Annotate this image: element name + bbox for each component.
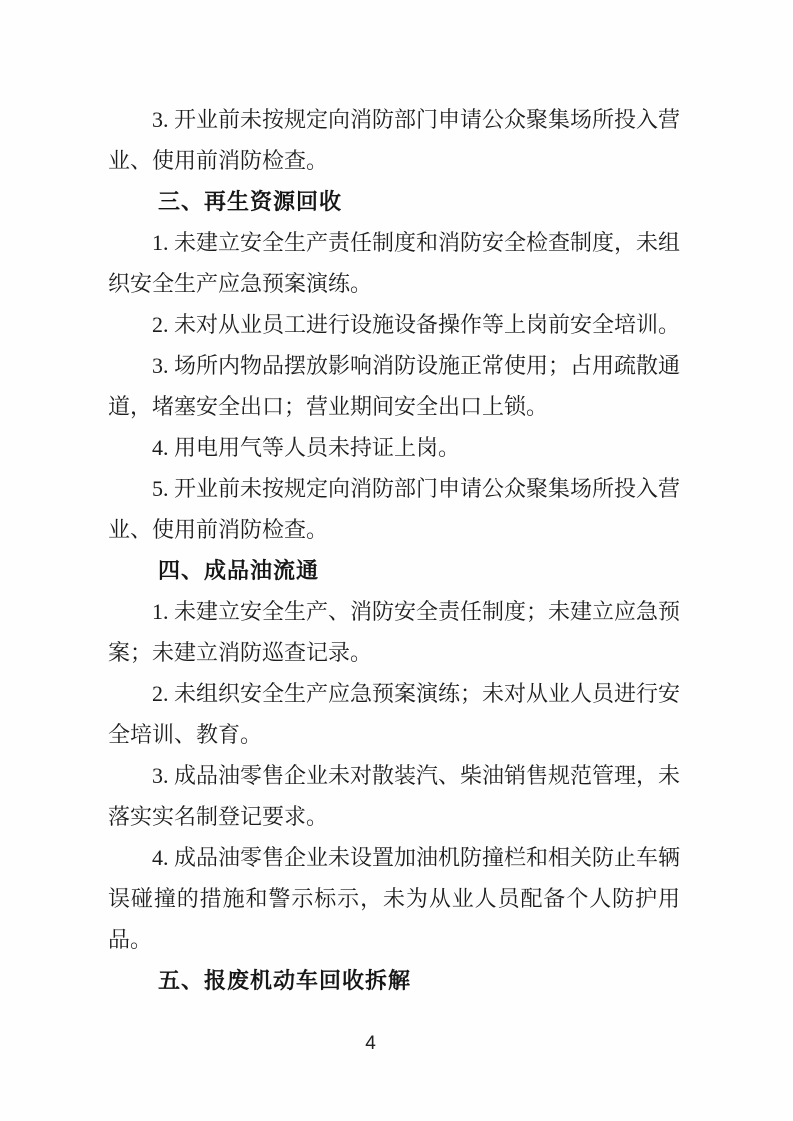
body-paragraph: 3. 开业前未按规定向消防部门申请公众聚集场所投入营业、使用前消防检查。 bbox=[108, 99, 680, 181]
page-number: 4 bbox=[365, 1033, 376, 1054]
page-footer: 4 bbox=[0, 1033, 767, 1055]
section-heading: 三、再生资源回收 bbox=[108, 181, 680, 222]
document-body: 3. 开业前未按规定向消防部门申请公众聚集场所投入营业、使用前消防检查。三、再生… bbox=[108, 99, 680, 1001]
body-paragraph: 3. 成品油零售企业未对散装汽、柴油销售规范管理，未落实实名制登记要求。 bbox=[108, 755, 680, 837]
body-paragraph: 4. 用电用气等人员未持证上岗。 bbox=[108, 427, 680, 468]
body-paragraph: 5. 开业前未按规定向消防部门申请公众聚集场所投入营业、使用前消防检查。 bbox=[108, 468, 680, 550]
body-paragraph: 1. 未建立安全生产责任制度和消防安全检查制度，未组织安全生产应急预案演练。 bbox=[108, 222, 680, 304]
body-paragraph: 3. 场所内物品摆放影响消防设施正常使用；占用疏散通道，堵塞安全出口；营业期间安… bbox=[108, 345, 680, 427]
section-heading: 五、报废机动车回收拆解 bbox=[108, 960, 680, 1001]
body-paragraph: 2. 未组织安全生产应急预案演练；未对从业人员进行安全培训、教育。 bbox=[108, 673, 680, 755]
body-paragraph: 4. 成品油零售企业未设置加油机防撞栏和相关防止车辆误碰撞的措施和警示标示，未为… bbox=[108, 837, 680, 960]
section-heading: 四、成品油流通 bbox=[108, 550, 680, 591]
body-paragraph: 1. 未建立安全生产、消防安全责任制度；未建立应急预案；未建立消防巡查记录。 bbox=[108, 591, 680, 673]
document-page: 3. 开业前未按规定向消防部门申请公众聚集场所投入营业、使用前消防检查。三、再生… bbox=[0, 0, 793, 1121]
body-paragraph: 2. 未对从业员工进行设施设备操作等上岗前安全培训。 bbox=[108, 304, 680, 345]
